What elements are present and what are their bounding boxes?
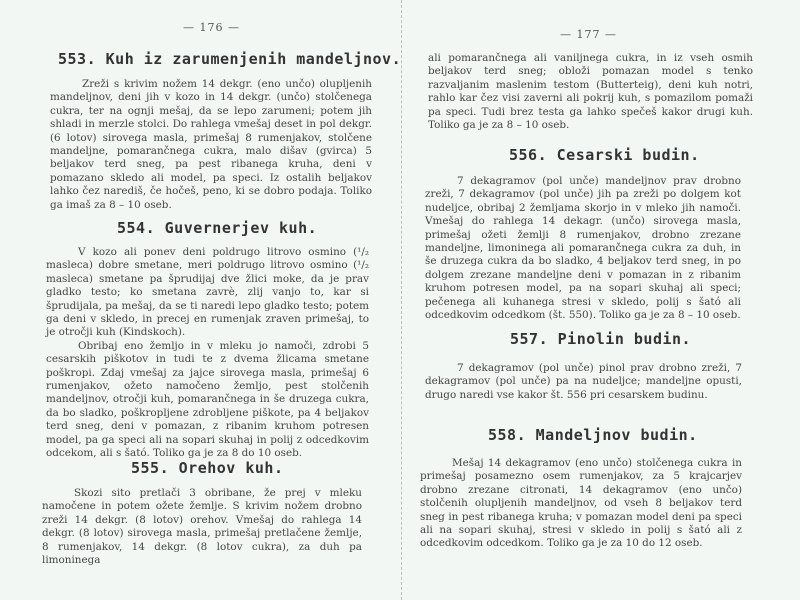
recipe-body-553: Zreži s krivim nožem 14 dekgr. (eno unčo… — [50, 78, 372, 212]
recipe-body-554: V kozo ali ponev deni poldrugo litrovo o… — [46, 246, 369, 461]
recipe-title-556: 556. Cesarski budin. — [509, 146, 700, 164]
paragraph: Mešaj 14 dekagramov (eno unčo) stolčeneg… — [420, 457, 742, 551]
paragraph: ali pomarančnega ali vaniljnega cukra, i… — [428, 52, 753, 132]
paragraph: Obribaj eno žemljo in v mleku jo namoči,… — [46, 340, 369, 461]
continuation-text: ali pomarančnega ali vaniljnega cukra, i… — [428, 52, 753, 132]
recipe-title-557: 557. Pinolin budin. — [510, 330, 691, 348]
page-number: — 176 — — [183, 21, 240, 34]
recipe-body-558: Mešaj 14 dekagramov (eno unčo) stolčeneg… — [420, 457, 742, 551]
recipe-body-557: 7 dekagramov (pol unče) pinol prav drobn… — [425, 362, 742, 402]
left-page: — 176 — 553. Kuh iz zarumenjenih mandelj… — [0, 0, 400, 600]
paragraph: Skozi sito pretlači 3 obribane, že prej … — [42, 487, 362, 567]
page-number: — 177 — — [560, 28, 617, 41]
recipe-body-555: Skozi sito pretlači 3 obribane, že prej … — [42, 487, 362, 567]
paragraph: 7 dekagramov (pol unče) pinol prav drobn… — [425, 362, 742, 402]
paragraph: V kozo ali ponev deni poldrugo litrovo o… — [46, 246, 369, 340]
paragraph: Zreži s krivim nožem 14 dekgr. (eno unčo… — [50, 78, 372, 212]
paragraph: 7 dekagramov (pol unče) mandeljnov prav … — [425, 175, 741, 322]
recipe-title-555: 555. Orehov kuh. — [131, 459, 284, 477]
recipe-body-556: 7 dekagramov (pol unče) mandeljnov prav … — [425, 175, 741, 322]
recipe-title-553: 553. Kuh iz zarumenjenih mandeljnov. — [58, 50, 401, 68]
recipe-title-558: 558. Mandeljnov budin. — [488, 426, 698, 444]
recipe-title-554: 554. Guvernerjev kuh. — [117, 219, 317, 237]
right-page: — 177 — ali pomarančnega ali vaniljnega … — [400, 0, 800, 600]
